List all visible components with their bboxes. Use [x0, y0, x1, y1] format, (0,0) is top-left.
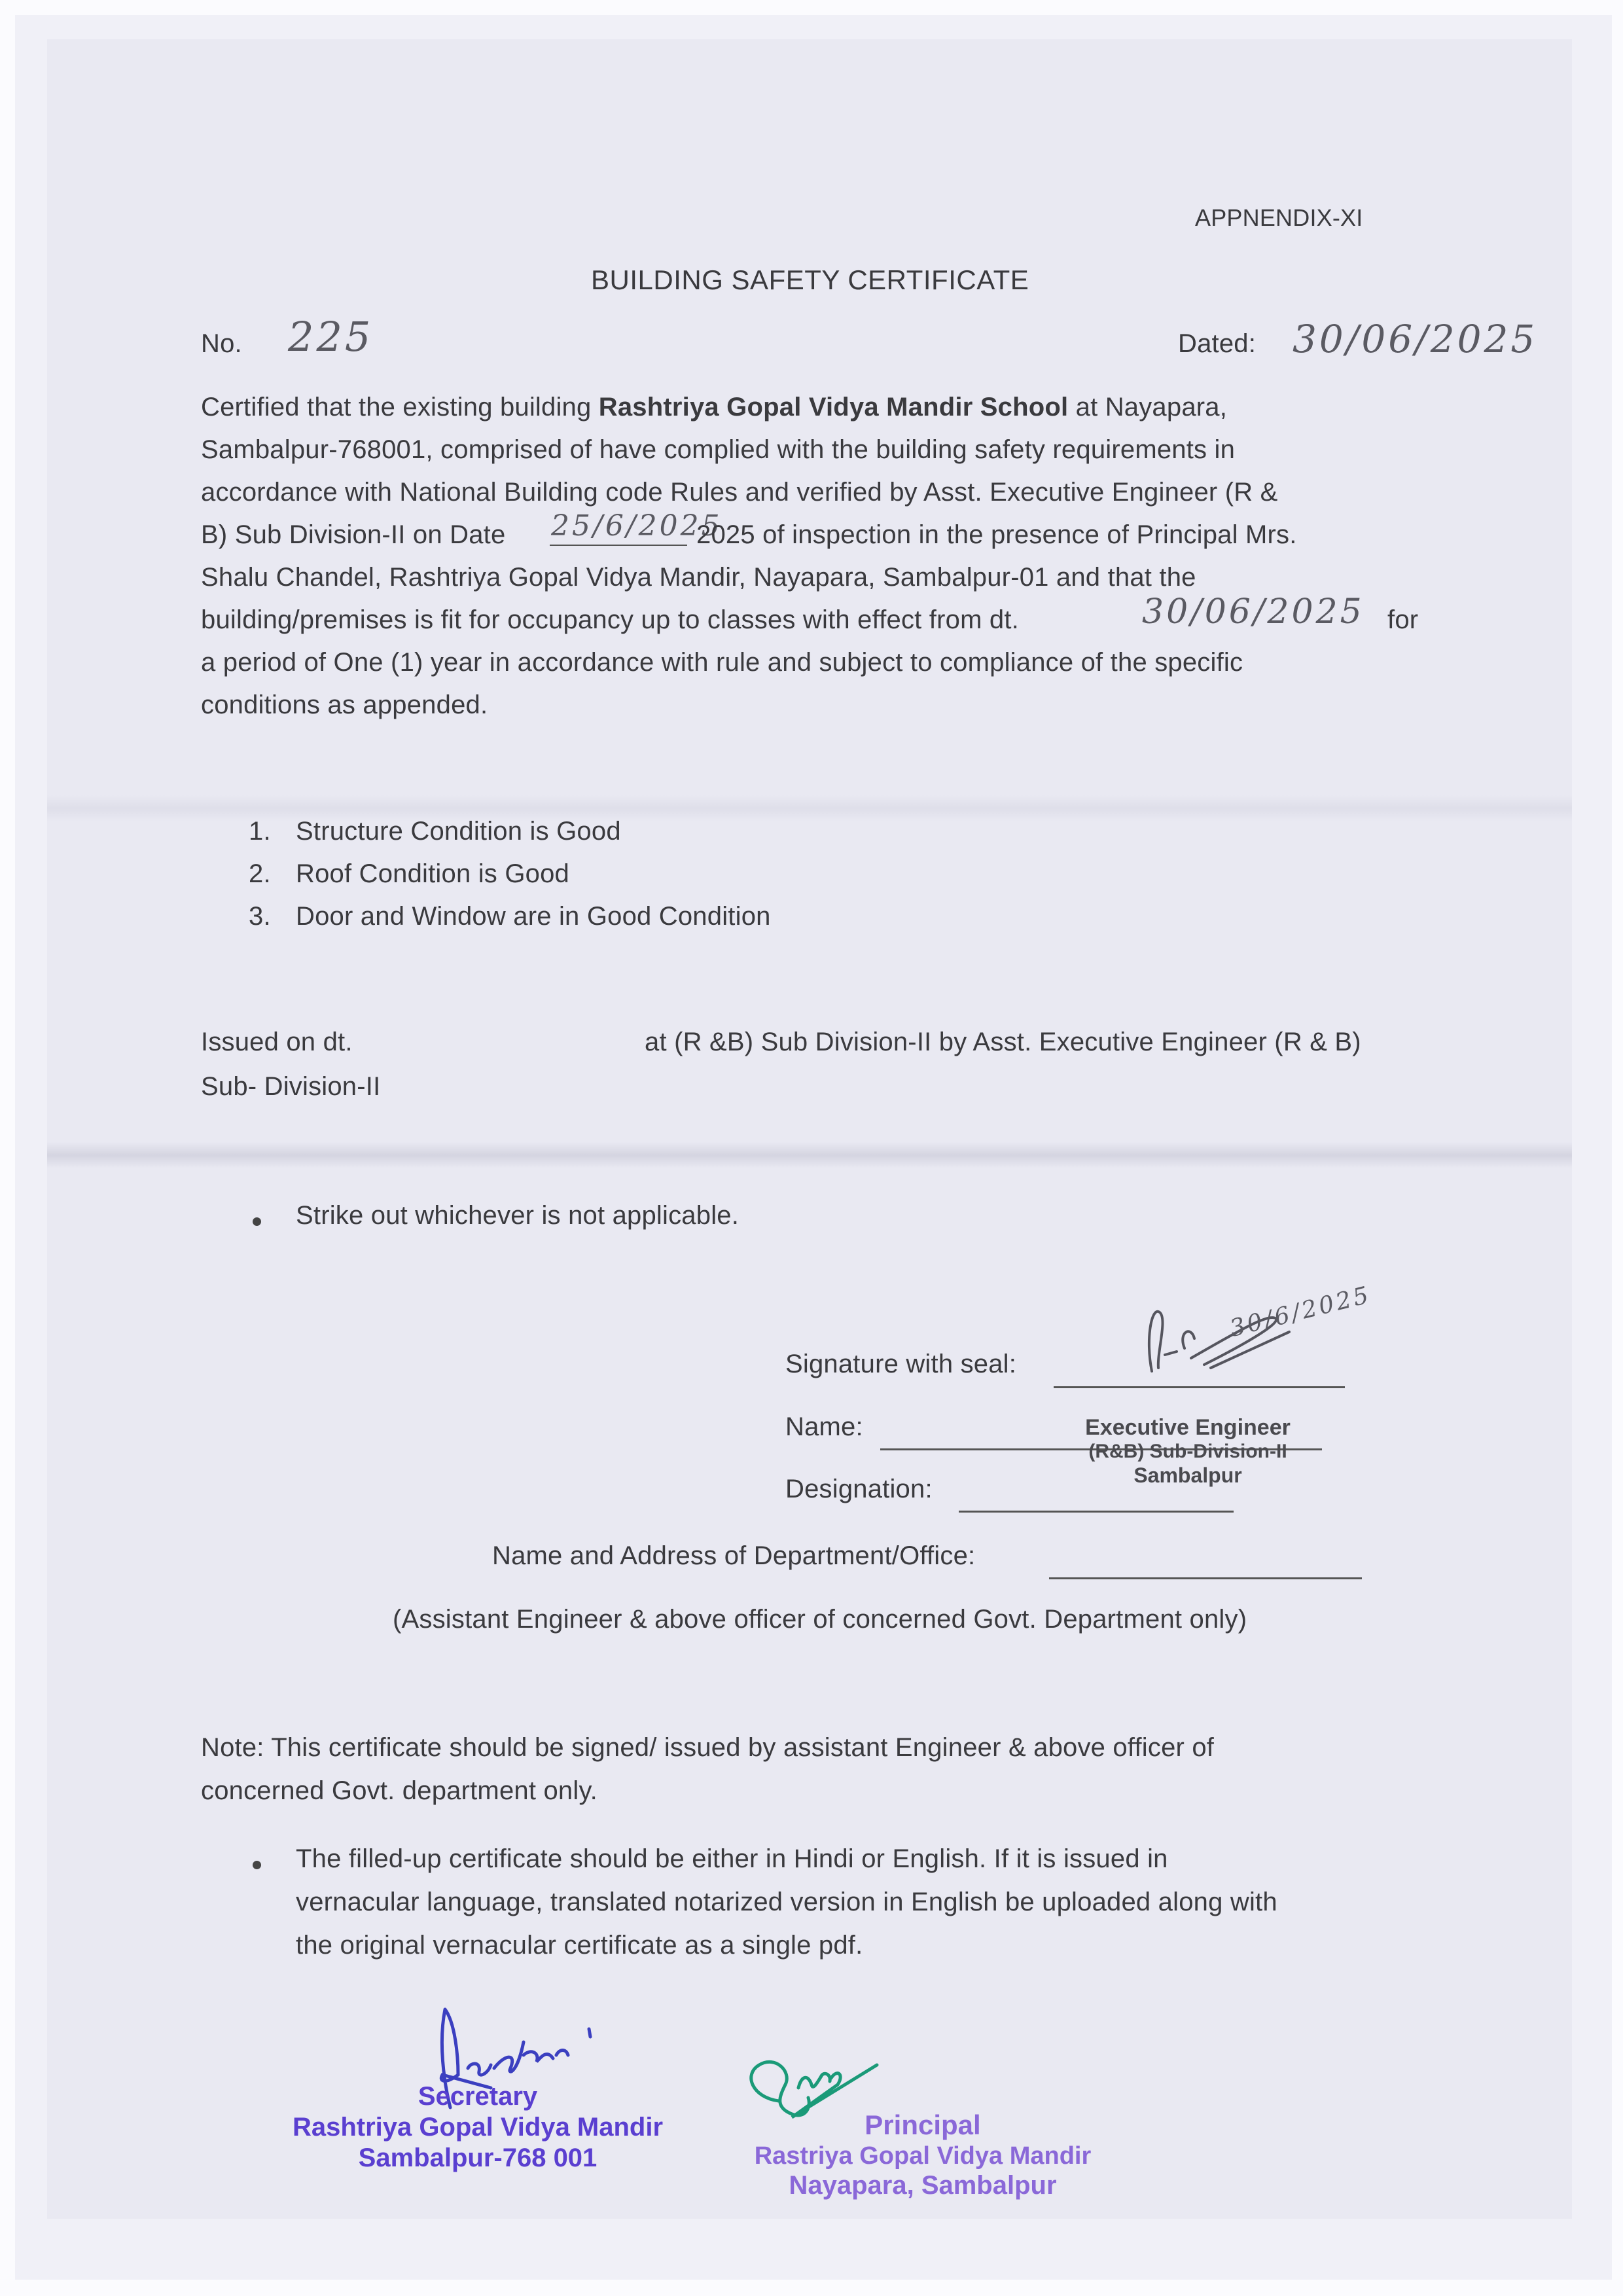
appendix-label: APPNENDIX-XI [1195, 204, 1363, 232]
body-line-7: a period of One (1) year in accordance w… [201, 648, 1243, 677]
signature-label: Signature with seal: [785, 1350, 1016, 1379]
officer-note: (Assistant Engineer & above officer of c… [393, 1605, 1247, 1634]
note-bullet-line-1: The filled-up certificate should be eith… [296, 1844, 1168, 1874]
secretary-stamp: Secretary Rashtriya Gopal Vidya Mandir S… [275, 2081, 681, 2174]
body-line-8: conditions as appended. [201, 691, 488, 720]
department-line [1049, 1577, 1362, 1579]
body-line-6b: for [1387, 605, 1418, 635]
note-bullet-line-2: vernacular language, translated notarize… [296, 1888, 1277, 1917]
body-line-5: Shalu Chandel, Rashtriya Gopal Vidya Man… [201, 563, 1196, 592]
body-line-4a: B) Sub Division-II on Date [201, 520, 505, 550]
condition-item: Roof Condition is Good [296, 859, 569, 889]
scan-artifact-band [47, 795, 1572, 821]
body-line-3: accordance with National Building code R… [201, 478, 1278, 507]
condition-item: Door and Window are in Good Condition [296, 902, 771, 931]
issued-subdivision: Sub- Division-II [201, 1072, 380, 1102]
department-label: Name and Address of Department/Office: [492, 1541, 975, 1571]
signature-line [1054, 1386, 1345, 1388]
effect-from-date: 30/06/2025 [1142, 592, 1364, 632]
condition-number: 1. [249, 817, 271, 846]
number-label: No. [201, 329, 242, 359]
inspection-date-underline [550, 545, 687, 546]
designation-line [959, 1511, 1234, 1513]
issued-at-text: at (R &B) Sub Division-II by Asst. Execu… [645, 1028, 1361, 1057]
body-line-6a: building/premises is fit for occupancy u… [201, 605, 1019, 635]
issued-label: Issued on dt. [201, 1028, 353, 1057]
certificate-number: 225 [288, 313, 373, 361]
bullet-icon [253, 1217, 261, 1226]
condition-item: Structure Condition is Good [296, 817, 621, 846]
school-name: Rashtriya Gopal Vidya Mandir School [599, 393, 1069, 422]
bullet-icon [253, 1861, 261, 1869]
name-label: Name: [785, 1412, 863, 1442]
dated-value: 30/06/2025 [1293, 317, 1537, 361]
designation-label: Designation: [785, 1475, 933, 1504]
dated-label: Dated: [1178, 329, 1256, 359]
note-bullet-line-3: the original vernacular certificate as a… [296, 1931, 863, 1960]
body-line-2: Sambalpur-768001, comprised of have comp… [201, 435, 1235, 465]
condition-number: 3. [249, 902, 271, 931]
principal-stamp: Principal Rastriya Gopal Vidya Mandir Na… [746, 2109, 1099, 2202]
officer-seal: Executive Engineer (R&B) Sub-Division-II… [1067, 1415, 1309, 1487]
strike-out-note: Strike out whichever is not applicable. [296, 1201, 739, 1230]
note-line-1: Note: This certificate should be signed/… [201, 1733, 1214, 1763]
scan-artifact-band [47, 1142, 1572, 1168]
body-line-1: Certified that the existing building Ras… [201, 393, 1227, 422]
body-line-4b: 2025 of inspection in the presence of Pr… [696, 520, 1297, 550]
certificate-title: BUILDING SAFETY CERTIFICATE [591, 264, 1029, 296]
condition-number: 2. [249, 859, 271, 889]
note-line-2: concerned Govt. department only. [201, 1776, 597, 1806]
